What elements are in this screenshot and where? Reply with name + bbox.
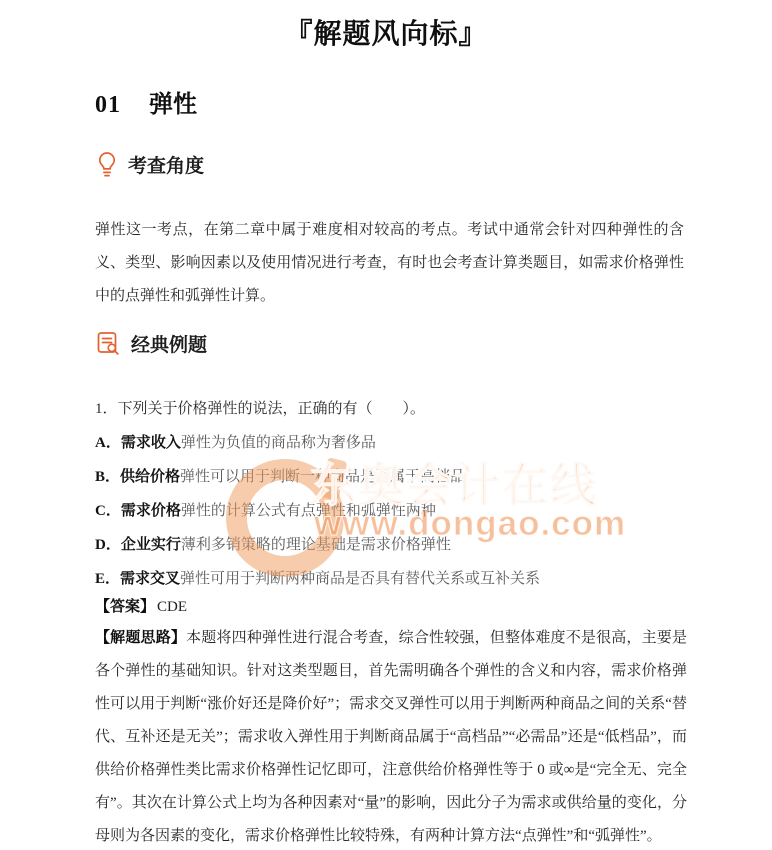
- option-letter: E．: [95, 571, 120, 587]
- option-text: 弹性可以用于判断一种商品是否属于高档品: [180, 469, 465, 485]
- option-text: 薄利多销策略的理论基础是需求价格弹性: [181, 537, 451, 553]
- option-list: A．需求收入弹性为负值的商品称为奢侈品 B．供给价格弹性可以用于判断一种商品是否…: [95, 426, 705, 596]
- section-number: 01: [95, 92, 121, 119]
- analysis-paragraph: 【解题思路】本题将四种弹性进行混合考查，综合性较强，但整体难度不是很高，主要是各…: [95, 622, 687, 850]
- option-d: D．企业实行薄利多销策略的理论基础是需求价格弹性: [95, 528, 705, 562]
- option-letter: B．: [95, 469, 120, 485]
- question-stem: 1．下列关于价格弹性的说法，正确的有（ ）。: [95, 393, 695, 426]
- option-letter: A．: [95, 435, 121, 451]
- heading-label: 经典例题: [131, 330, 207, 357]
- option-emphasis: 企业实行: [121, 537, 181, 553]
- option-a: A．需求收入弹性为负值的商品称为奢侈品: [95, 426, 705, 460]
- analysis-label: 【解题思路】: [95, 630, 186, 646]
- option-e: E．需求交叉弹性可用于判断两种商品是否具有替代关系或互补关系: [95, 562, 705, 596]
- answer-label: 【答案】: [95, 599, 155, 615]
- document-page: 『解题风向标』 01 弹性 考查角度 弹性这一考点，在第二章中属于难度相对较高的…: [0, 0, 772, 850]
- option-emphasis: 需求价格: [121, 503, 181, 519]
- option-emphasis: 需求收入: [121, 435, 181, 451]
- option-letter: D．: [95, 537, 121, 553]
- option-c: C．需求价格弹性的计算公式有点弹性和弧弹性两种: [95, 494, 705, 528]
- intro-paragraph: 弹性这一考点，在第二章中属于难度相对较高的考点。考试中通常会针对四种弹性的含义、…: [95, 214, 684, 313]
- option-emphasis: 需求交叉: [120, 571, 180, 587]
- lightbulb-icon: [97, 151, 117, 178]
- section-name: 弹性: [149, 84, 197, 119]
- option-letter: C．: [95, 503, 121, 519]
- option-text: 弹性的计算公式有点弹性和弧弹性两种: [181, 503, 436, 519]
- section-heading: 01 弹性: [95, 84, 197, 119]
- analysis-text: 本题将四种弹性进行混合考查，综合性较强，但整体难度不是很高，主要是各个弹性的基础…: [95, 630, 687, 844]
- option-text: 弹性可用于判断两种商品是否具有替代关系或互补关系: [180, 571, 540, 587]
- answer-value: CDE: [157, 599, 187, 615]
- answer-line: 【答案】CDE: [95, 592, 187, 622]
- heading-exam-angle: 考查角度: [97, 151, 204, 178]
- option-text: 弹性为负值的商品称为奢侈品: [181, 435, 376, 451]
- document-search-icon: [97, 331, 120, 356]
- heading-classic-example: 经典例题: [97, 330, 207, 357]
- option-emphasis: 供给价格: [120, 469, 180, 485]
- option-b: B．供给价格弹性可以用于判断一种商品是否属于高档品: [95, 460, 705, 494]
- page-title: 『解题风向标』: [0, 12, 772, 52]
- heading-label: 考查角度: [128, 151, 204, 178]
